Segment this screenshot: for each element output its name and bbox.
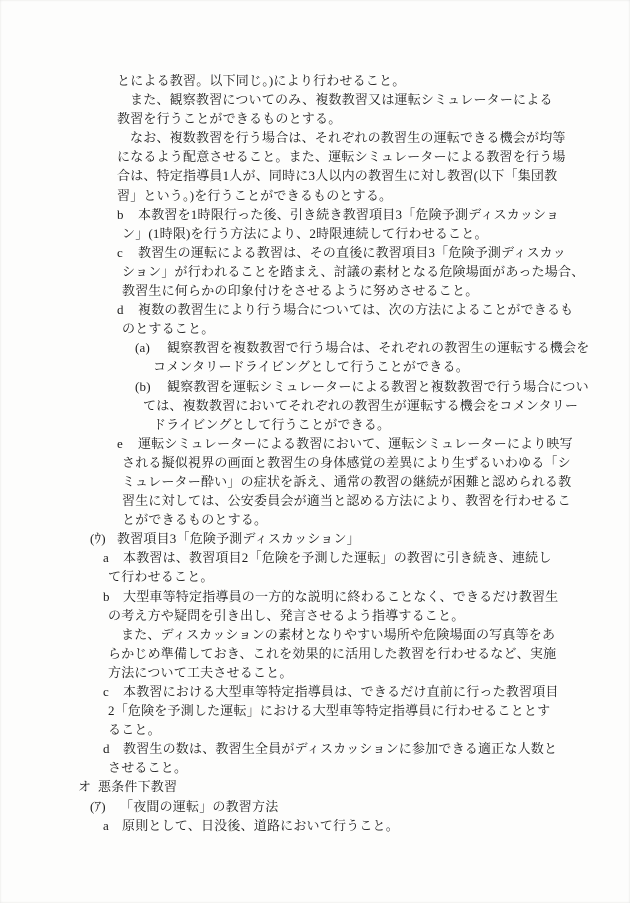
list-item-marker: a bbox=[103, 816, 122, 835]
doc-line: c教習生の運転による教習は、その直後に教習項目3「危険予測ディスカッ bbox=[0, 243, 630, 262]
doc-line-text: ドライビングとして行うことができる。 bbox=[153, 417, 390, 432]
list-item-marker: a bbox=[103, 548, 123, 567]
doc-line-text: ン」(1時限)を行う方法により、2時限連続して行わせること。 bbox=[122, 226, 488, 241]
doc-line: a原則として、日没後、道路において行うこと。 bbox=[0, 816, 630, 835]
doc-line-text: 本教習を1時限行った後、引き続き教習項目3「危険予測ディスカッショ bbox=[138, 207, 559, 222]
doc-line-text: コメンタリードライビングとして行うことができる。 bbox=[153, 359, 469, 374]
doc-line-text: 運転シミュレーターによる教習において、運転シミュレーターにより映写 bbox=[138, 436, 573, 451]
doc-line: 習生に対しては、公安委員会が適当と認める方法により、教習を行わせるこ bbox=[0, 491, 630, 510]
doc-line-text: また、観察教習についてのみ、複数教習又は運転シミュレーターによる bbox=[130, 92, 553, 107]
doc-line: ン」(1時限)を行う方法により、2時限連続して行わせること。 bbox=[0, 224, 630, 243]
doc-line: (b)観察教習を運転シミュレーターによる教習と複数教習で行う場合につい bbox=[0, 377, 630, 396]
doc-line: ション」が行われることを踏まえ、討議の素材となる危険場面があった場合、 bbox=[0, 262, 630, 281]
doc-line: (ｳ)教習項目3「危険予測ディスカッション」 bbox=[0, 529, 630, 548]
doc-line: のとすること。 bbox=[0, 319, 630, 338]
doc-line: 合は、特定指導員1人が、同時に3人以内の教習生に対し教習(以下「集団教 bbox=[0, 166, 630, 185]
doc-line-text: 教習を行うことができるものとする。 bbox=[117, 111, 341, 126]
doc-line-text: 教習生の数は、教習生全員がディスカッションに参加できる適正な人数と bbox=[123, 741, 557, 756]
doc-line: (ｱ)「夜間の運転」の教習方法 bbox=[0, 797, 630, 816]
doc-line-text: になるよう配意させること。また、運転シミュレーターによる教習を行う場 bbox=[117, 149, 566, 164]
doc-line: 習」という。)を行うことができるものとする。 bbox=[0, 186, 630, 205]
doc-line: a本教習は、教習項目2「危険を予測した運転」の教習に引き続き、連続し bbox=[0, 548, 630, 567]
doc-line: させること。 bbox=[0, 758, 630, 777]
doc-line: b大型車等特定指導員の一方的な説明に終わることなく、できるだけ教習生 bbox=[0, 587, 630, 606]
doc-line: ドライビングとして行うことができる。 bbox=[0, 415, 630, 434]
doc-line: オ悪条件下教習 bbox=[0, 777, 630, 796]
doc-line: の考え方や疑問を引き出し、発言させるよう指導すること。 bbox=[0, 606, 630, 625]
list-item-marker: d bbox=[117, 300, 138, 319]
doc-line: ミュレーター酔い」の症状を訴え、通常の教習の継続が困難と認められる教 bbox=[0, 472, 630, 491]
doc-line-text: 教習生の運転による教習は、その直後に教習項目3「危険予測ディスカッ bbox=[138, 245, 566, 260]
doc-line-text: 大型車等特定指導員の一方的な説明に終わることなく、できるだけ教習生 bbox=[123, 589, 558, 604]
doc-line: なお、複数教習を行う場合は、それぞれの教習生の運転できる機会が均等 bbox=[0, 128, 630, 147]
list-item-marker: e bbox=[117, 434, 138, 453]
doc-line-text: 習」という。)を行うことができるものとする。 bbox=[117, 188, 392, 203]
doc-line-text: らかじめ準備しておき、これを効果的に活用した教習を行わせるなど、実施 bbox=[108, 646, 556, 661]
doc-line: ては、複数教習においてそれぞれの教習生が運転する機会をコメンタリー bbox=[0, 396, 630, 415]
doc-line-text: ション」が行われることを踏まえ、討議の素材となる危険場面があった場合、 bbox=[122, 264, 584, 279]
doc-line: 方法について工夫させること。 bbox=[0, 663, 630, 682]
doc-line: される擬似視界の画面と教習生の身体感覚の差異により生ずるいわゆる「シ bbox=[0, 453, 630, 472]
doc-line-text: とによる教習。以下同じ。)により行わせること。 bbox=[117, 73, 405, 88]
doc-line: らかじめ準備しておき、これを効果的に活用した教習を行わせるなど、実施 bbox=[0, 644, 630, 663]
doc-line-text: 原則として、日没後、道路において行うこと。 bbox=[122, 818, 399, 833]
doc-line-text: のとすること。 bbox=[122, 321, 214, 336]
list-item-marker: (ｳ) bbox=[90, 529, 117, 548]
doc-line: c本教習における大型車等特定指導員は、できるだけ直前に行った教習項目 bbox=[0, 682, 630, 701]
doc-line-text: 教習生に何らかの印象付けをさせるように努めさせること。 bbox=[122, 283, 478, 298]
doc-line-text: 観察教習を複数教習で行う場合は、それぞれの教習生の運転する機会を bbox=[167, 340, 589, 355]
doc-line: d複数の教習生により行う場合については、次の方法によることができるも bbox=[0, 300, 630, 319]
doc-line: (a)観察教習を複数教習で行う場合は、それぞれの教習生の運転する機会を bbox=[0, 338, 630, 357]
list-item-marker: b bbox=[103, 587, 123, 606]
doc-line-text: また、ディスカッションの素材となりやすい場所や危険場面の写真等をあ bbox=[121, 627, 555, 642]
doc-line-text: 方法について工夫させること。 bbox=[108, 665, 293, 680]
doc-line-text: て行わせること。 bbox=[108, 569, 214, 584]
doc-line-text: ては、複数教習においてそれぞれの教習生が運転する機会をコメンタリー bbox=[143, 398, 578, 413]
doc-line: 教習生に何らかの印象付けをさせるように努めさせること。 bbox=[0, 281, 630, 300]
doc-line: ること。 bbox=[0, 720, 630, 739]
doc-line-text: 合は、特定指導員1人が、同時に3人以内の教習生に対し教習(以下「集団教 bbox=[117, 168, 557, 183]
document-text-block: とによる教習。以下同じ。)により行わせること。また、観察教習についてのみ、複数教… bbox=[0, 0, 630, 835]
list-item-marker: (a) bbox=[135, 338, 167, 357]
doc-line: 教習を行うことができるものとする。 bbox=[0, 109, 630, 128]
list-item-marker: c bbox=[103, 682, 123, 701]
doc-line-text: 本教習における大型車等特定指導員は、できるだけ直前に行った教習項目 bbox=[123, 684, 559, 699]
doc-line: 2「危険を予測した運転」における大型車等特定指導員に行わせることとす bbox=[0, 701, 630, 720]
doc-line-text: とができるものとする。 bbox=[122, 512, 267, 527]
list-item-marker: (ｱ) bbox=[90, 797, 120, 816]
doc-line: また、観察教習についてのみ、複数教習又は運転シミュレーターによる bbox=[0, 90, 630, 109]
doc-line: とによる教習。以下同じ。)により行わせること。 bbox=[0, 71, 630, 90]
doc-line-text: される擬似視界の画面と教習生の身体感覚の差異により生ずるいわゆる「シ bbox=[122, 455, 571, 470]
doc-line-text: の考え方や疑問を引き出し、発言させるよう指導すること。 bbox=[108, 608, 464, 623]
list-item-marker: b bbox=[117, 205, 138, 224]
doc-line-text: させること。 bbox=[108, 760, 187, 775]
scanned-document-page: とによる教習。以下同じ。)により行わせること。また、観察教習についてのみ、複数教… bbox=[0, 0, 630, 903]
doc-line-text: 観察教習を運転シミュレーターによる教習と複数教習で行う場合につい bbox=[167, 379, 589, 394]
list-item-marker: c bbox=[117, 243, 138, 262]
doc-line: とができるものとする。 bbox=[0, 510, 630, 529]
doc-line: d教習生の数は、教習生全員がディスカッションに参加できる適正な人数と bbox=[0, 739, 630, 758]
doc-line-text: 2「危険を予測した運転」における大型車等特定指導員に行わせることとす bbox=[108, 703, 550, 718]
doc-line-text: 「夜間の運転」の教習方法 bbox=[120, 799, 278, 814]
list-item-marker: (b) bbox=[135, 377, 167, 396]
doc-line-text: 悪条件下教習 bbox=[98, 779, 177, 794]
doc-line: て行わせること。 bbox=[0, 567, 630, 586]
doc-line: コメンタリードライビングとして行うことができる。 bbox=[0, 357, 630, 376]
doc-line-text: 習生に対しては、公安委員会が適当と認める方法により、教習を行わせるこ bbox=[122, 493, 571, 508]
list-item-marker: d bbox=[103, 739, 123, 758]
list-item-marker: オ bbox=[78, 777, 98, 796]
doc-line: になるよう配意させること。また、運転シミュレーターによる教習を行う場 bbox=[0, 147, 630, 166]
doc-line: また、ディスカッションの素材となりやすい場所や危険場面の写真等をあ bbox=[0, 625, 630, 644]
doc-line-text: ミュレーター酔い」の症状を訴え、通常の教習の継続が困難と認められる教 bbox=[122, 474, 571, 489]
doc-line-text: 複数の教習生により行う場合については、次の方法によることができるも bbox=[138, 302, 573, 317]
doc-line-text: 教習項目3「危険予測ディスカッション」 bbox=[117, 531, 360, 546]
doc-line-text: 本教習は、教習項目2「危険を予測した運転」の教習に引き続き、連続し bbox=[123, 550, 552, 565]
doc-line-text: ること。 bbox=[108, 722, 161, 737]
doc-line: e運転シミュレーターによる教習において、運転シミュレーターにより映写 bbox=[0, 434, 630, 453]
doc-line: b本教習を1時限行った後、引き続き教習項目3「危険予測ディスカッショ bbox=[0, 205, 630, 224]
doc-line-text: なお、複数教習を行う場合は、それぞれの教習生の運転できる機会が均等 bbox=[130, 130, 566, 145]
